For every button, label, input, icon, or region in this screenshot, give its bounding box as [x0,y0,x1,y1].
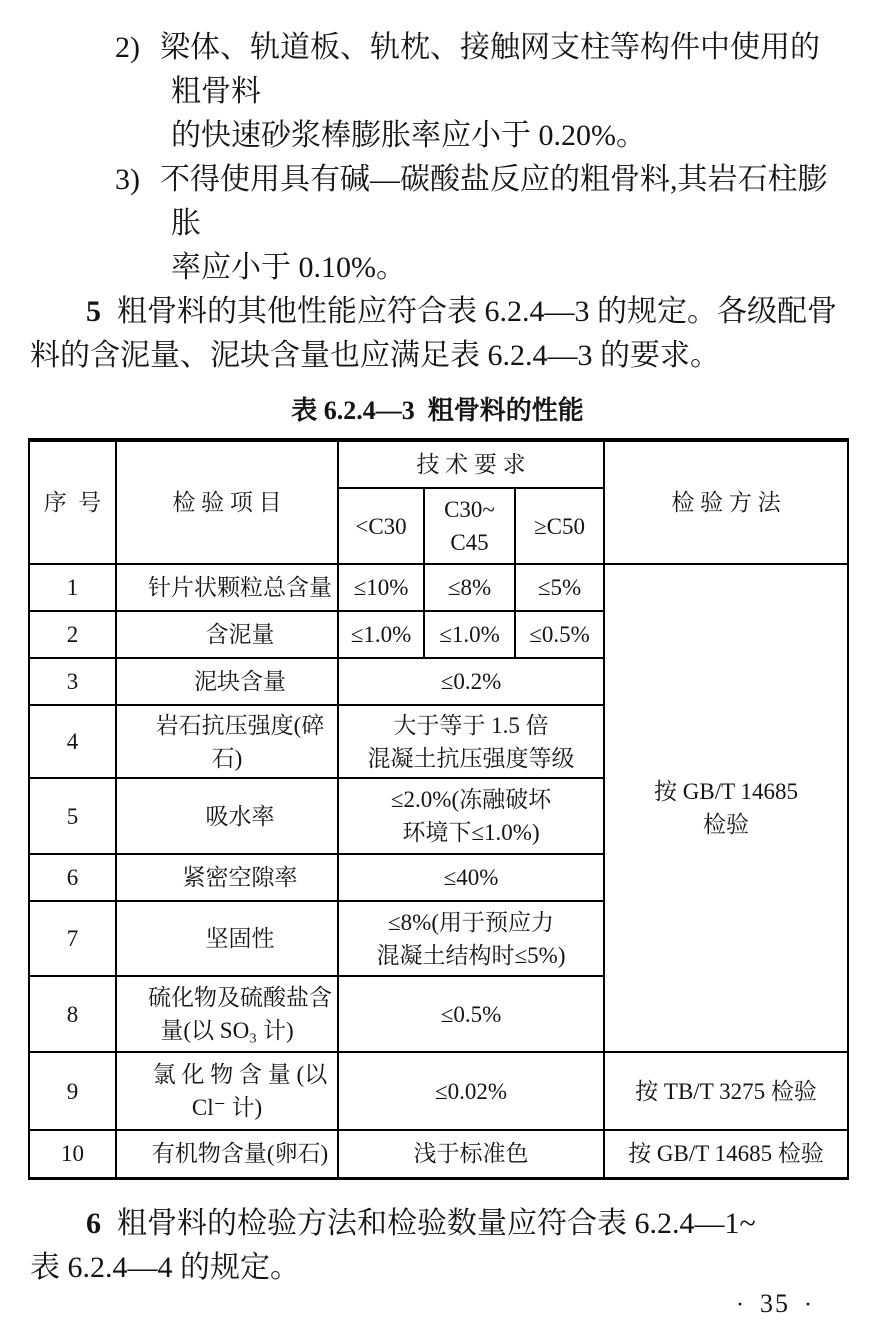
cell-method: 按 TB/T 3275 检验 [604,1052,848,1130]
cell-req-merged: ≤0.2% [338,658,604,705]
table-row: 10 有机物含量(卵石) 浅于标准色 按 GB/T 14685 检验 [29,1130,848,1178]
paragraph-number: 5 [86,295,101,328]
cell-no: 2 [29,611,116,658]
paragraph-text: 粗骨料的检验方法和检验数量应符合表 6.2.4—1~ 表 6.2.4—4 的规定… [30,1207,756,1284]
cell-item: 岩石抗压强度(碎 石) [116,705,338,778]
cell-item: 含泥量 [116,611,338,658]
cell-no: 3 [29,658,116,705]
cell-req-c30-c45: ≤8% [424,564,515,611]
col-header-grade-c30-c45: C30~ C45 [424,488,515,564]
paragraph-6: 6粗骨料的检验方法和检验数量应符合表 6.2.4—1~ 表 6.2.4—4 的规… [30,1202,845,1290]
cell-no: 5 [29,778,116,854]
cell-req-merged: 浅于标准色 [338,1130,604,1178]
footer-dot: · [804,1292,814,1318]
cell-no: 7 [29,901,116,976]
cell-req-lt-c30: ≤1.0% [338,611,424,658]
coarse-aggregate-properties-table: 序 号 检 验 项 目 技 术 要 求 检 验 方 法 <C30 C30~ C4… [28,438,849,1180]
page-number: 35 [760,1289,790,1318]
paragraph-text: 粗骨料的其他性能应符合表 6.2.4—3 的规定。各级配骨 料的含泥量、泥块含量… [30,295,837,372]
cell-req-merged: 大于等于 1.5 倍 混凝土抗压强度等级 [338,705,604,778]
list-item-3: 3)不得使用具有碱—碳酸盐反应的粗骨料,其岩石柱膨胀 率应小于 0.10%。 [115,158,845,290]
cell-no: 1 [29,564,116,611]
cell-req-merged: ≤0.02% [338,1052,604,1130]
page-content: 2)梁体、轨道板、轨枕、接触网支柱等构件中使用的粗骨料 的快速砂浆棒膨胀率应小于… [0,0,874,1290]
header-row-1: 序 号 检 验 项 目 技 术 要 求 检 验 方 法 [29,440,848,488]
page-footer: ·35· [722,1289,828,1319]
cell-req-c30-c45: ≤1.0% [424,611,515,658]
col-header-grade-lt-c30: <C30 [338,488,424,564]
document-page: 2)梁体、轨道板、轨枕、接触网支柱等构件中使用的粗骨料 的快速砂浆棒膨胀率应小于… [0,0,874,1343]
cell-item: 紧密空隙率 [116,854,338,901]
list-item-2: 2)梁体、轨道板、轨枕、接触网支柱等构件中使用的粗骨料 的快速砂浆棒膨胀率应小于… [115,26,845,158]
cell-no: 4 [29,705,116,778]
cell-req-merged: ≤40% [338,854,604,901]
cell-method-merged: 按 GB/T 14685 检验 [604,564,848,1052]
cell-item: 有机物含量(卵石) [116,1130,338,1178]
paragraph-number: 6 [86,1207,101,1240]
col-header-method: 检 验 方 法 [604,440,848,564]
cell-no: 9 [29,1052,116,1130]
cell-req-merged: ≤2.0%(冻融破坏 环境下≤1.0%) [338,778,604,854]
list-marker: 2) [115,31,140,64]
cell-no: 8 [29,976,116,1052]
cell-item: 泥块含量 [116,658,338,705]
list-item-text: 梁体、轨道板、轨枕、接触网支柱等构件中使用的粗骨料 的快速砂浆棒膨胀率应小于 0… [160,31,820,152]
cell-req-lt-c30: ≤10% [338,564,424,611]
cell-item: 氯 化 物 含 量 (以 Cl⁻ 计) [116,1052,338,1130]
footer-dot: · [736,1292,746,1318]
cell-item: 硫化物及硫酸盐含 量(以 SO₃ 计) [116,976,338,1052]
col-header-requirements: 技 术 要 求 [338,440,604,488]
cell-no: 6 [29,854,116,901]
cell-item: 吸水率 [116,778,338,854]
paragraph-5: 5粗骨料的其他性能应符合表 6.2.4—3 的规定。各级配骨 料的含泥量、泥块含… [30,290,845,378]
cell-req-ge-c50: ≤5% [515,564,604,611]
col-header-grade-ge-c50: ≥C50 [515,488,604,564]
table-row: 1 针片状颗粒总含量 ≤10% ≤8% ≤5% 按 GB/T 14685 检验 [29,564,848,611]
table-title: 表 6.2.4—3 粗骨料的性能 [30,394,845,428]
cell-req-merged: ≤8%(用于预应力 混凝土结构时≤5%) [338,901,604,976]
cell-item: 针片状颗粒总含量 [116,564,338,611]
cell-req-merged: ≤0.5% [338,976,604,1052]
col-header-no: 序 号 [29,440,116,564]
cell-item: 坚固性 [116,901,338,976]
list-item-text: 不得使用具有碱—碳酸盐反应的粗骨料,其岩石柱膨胀 率应小于 0.10%。 [160,163,828,284]
list-marker: 3) [115,163,140,196]
table-row: 9 氯 化 物 含 量 (以 Cl⁻ 计) ≤0.02% 按 TB/T 3275… [29,1052,848,1130]
col-header-item: 检 验 项 目 [116,440,338,564]
cell-req-ge-c50: ≤0.5% [515,611,604,658]
cell-method: 按 GB/T 14685 检验 [604,1130,848,1178]
cell-no: 10 [29,1130,116,1178]
